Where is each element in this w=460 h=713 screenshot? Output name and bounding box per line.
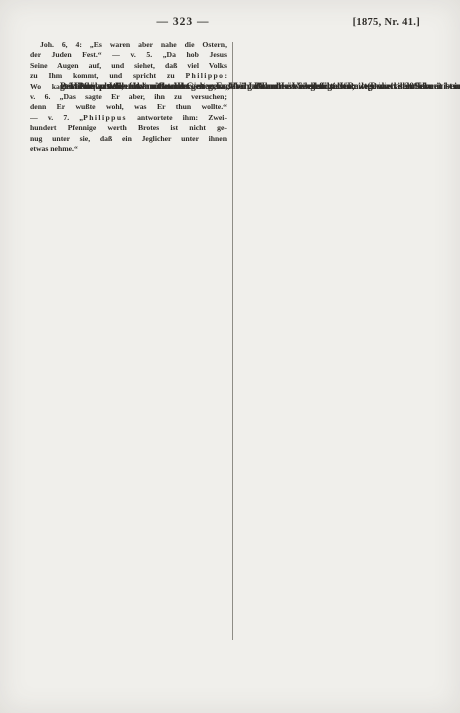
text-line: wollte Jesus den Philippus versuchen,	[302, 80, 312, 94]
text-line: schmachtend aussahen, zu speisen, ehe si…	[167, 80, 177, 94]
text-line: Gäste noch so viele hinzu, die nun auch	[186, 80, 196, 94]
issue-label: [1875, Nr. 41.]	[353, 17, 420, 28]
column-divider	[232, 42, 233, 640]
text-line: wie so Viele daherkamen. Er hatte,	[138, 80, 147, 94]
letterspaced-name: Philippus	[83, 113, 127, 122]
text-line: mitessen sollten. Daher Seine Anrede	[196, 80, 205, 94]
text-line: tief in die Kasse, und konnte einem	[330, 80, 339, 94]
text-line: für so Viele Brot wünschte. Das griff	[321, 80, 330, 94]
text-line: — v. 7. „Philippus antwortete ihm: Zwei-	[30, 113, 227, 123]
text-line: Er wohl wußte, was Er thun wollte:	[216, 80, 225, 94]
text-line: antwortet auch, wie ein Erschrockener,	[349, 80, 359, 94]
text-line: anschaffen lassen, so daß Sein Wunsch,	[264, 80, 274, 94]
paragraph: Bedeutung für sie haben, mit Eindrückenv…	[60, 80, 460, 94]
text-line: ist also jedenfalls zu gering angegeben;	[443, 80, 453, 94]
page-header: — 323 — [1875, Nr. 41.]	[0, 16, 460, 36]
text-line: konnten sie dort Vielen Auskunft geben,	[80, 80, 90, 94]
text-line: war. Nun aber, da so Viele kamen,	[293, 80, 301, 94]
text-line: Joh. 6, 4: „Es waren aber nahe die Oster…	[30, 40, 227, 50]
text-line: Jünger Schrecken machen. Philippus	[339, 80, 349, 94]
text-line: wenn er von zweihundert Pfennigen	[358, 80, 367, 94]
text-line: sättigen, den Jüngern nicht ganz fremd	[284, 80, 294, 94]
text-line: hineinzudenken, der Herr sonst je und je	[244, 80, 254, 94]
text-line: Seine Augen auf, und siehet, daß viel Vo…	[30, 61, 227, 71]
text-line: 200 Pfennige oder Denare machen unge-	[405, 80, 415, 94]
left-column: geistliche Pflege war, namentlich ohne e…	[30, 40, 227, 640]
text-line: denn Er wußte wohl, was Er thun wollte.“	[30, 102, 227, 112]
text-line: etwas nehme.“	[30, 144, 227, 154]
text-line: Während nun Jesus zum Volk redete,	[109, 80, 118, 94]
text-line: die so lange Gebliebenen auch leiblich z…	[273, 80, 283, 94]
text-line: Bedeutung für sie haben, mit Eindrücken	[60, 80, 70, 94]
text-line: „Wo kaufen wir Brot, daß diese essen?“	[225, 80, 235, 94]
text-line: allerlei Freunden Beiträge flossen. Die	[395, 80, 404, 94]
text-line: pheten selbst gesehen und gehört hätten.	[99, 80, 109, 94]
letterspaced-name: Philippo	[185, 71, 224, 80]
text-line: (Denaren) redete, die da nicht ausreiche…	[367, 80, 377, 94]
text-line: und so ganz bis auf den letzten Heller	[453, 80, 460, 94]
text-line: Brot aus der Kasse für kleinere Haufen	[254, 80, 264, 94]
scripture-quote-block: Joh. 6, 4: „Es waren aber nahe die Oster…	[30, 40, 227, 154]
page-number: — 323 —	[128, 16, 238, 28]
text-line: Ihn verließen. Nun aber kommen der	[177, 80, 186, 94]
text-line: würden. Möglich, daß diese Summe	[377, 80, 386, 94]
text-line: nug unter sie, daß ein Jeglicher unter i…	[30, 134, 227, 144]
text-line: ein Kreuzer gefallen wäre. Die Summe	[434, 80, 444, 94]
text-line: hundert Pfennige werth Brotes ist nicht …	[30, 123, 227, 133]
text-line: der Juden Fest.“ — v. 5. „Da hob Jesus	[30, 50, 227, 60]
text-line: als Jesus Seine Augen aufhob, sahe er,	[129, 80, 138, 94]
text-line: wurden der Haufen immer mehrere; und	[118, 80, 128, 94]
text-line: über das, was sie von dem neuen Pro-	[90, 80, 99, 94]
text-line: an Philippus, den zu versuchen, während	[205, 80, 216, 94]
text-line: etwa in der Kasse war, in welche von	[386, 80, 395, 94]
text-line: von Jesu beim Fest zu erscheinen. Auch	[70, 80, 80, 94]
text-body: geistliche Pflege war, namentlich ohne e…	[30, 40, 432, 640]
text-line: d. h. sehen, was er dazu sage, wenn Er	[312, 80, 321, 94]
text-line: die Anwesenden, die so verkümmert und	[157, 80, 167, 94]
text-line: müssen wir dazu denken, bereits im Sinn,	[146, 80, 156, 94]
scanned-page: — 323 — [1875, Nr. 41.] geistliche Pfleg…	[0, 0, 460, 713]
right-column: Bedeutung für sie haben, mit Eindrückenv…	[238, 40, 432, 640]
text-line: bei 5000 Mann je auf einen nicht ganz	[424, 80, 433, 94]
text-line: Vielleicht hatte, wie man wagen kann,	[235, 80, 244, 94]
text-line: fähr 80 rheinische Gulden aus, daß also	[415, 80, 425, 94]
